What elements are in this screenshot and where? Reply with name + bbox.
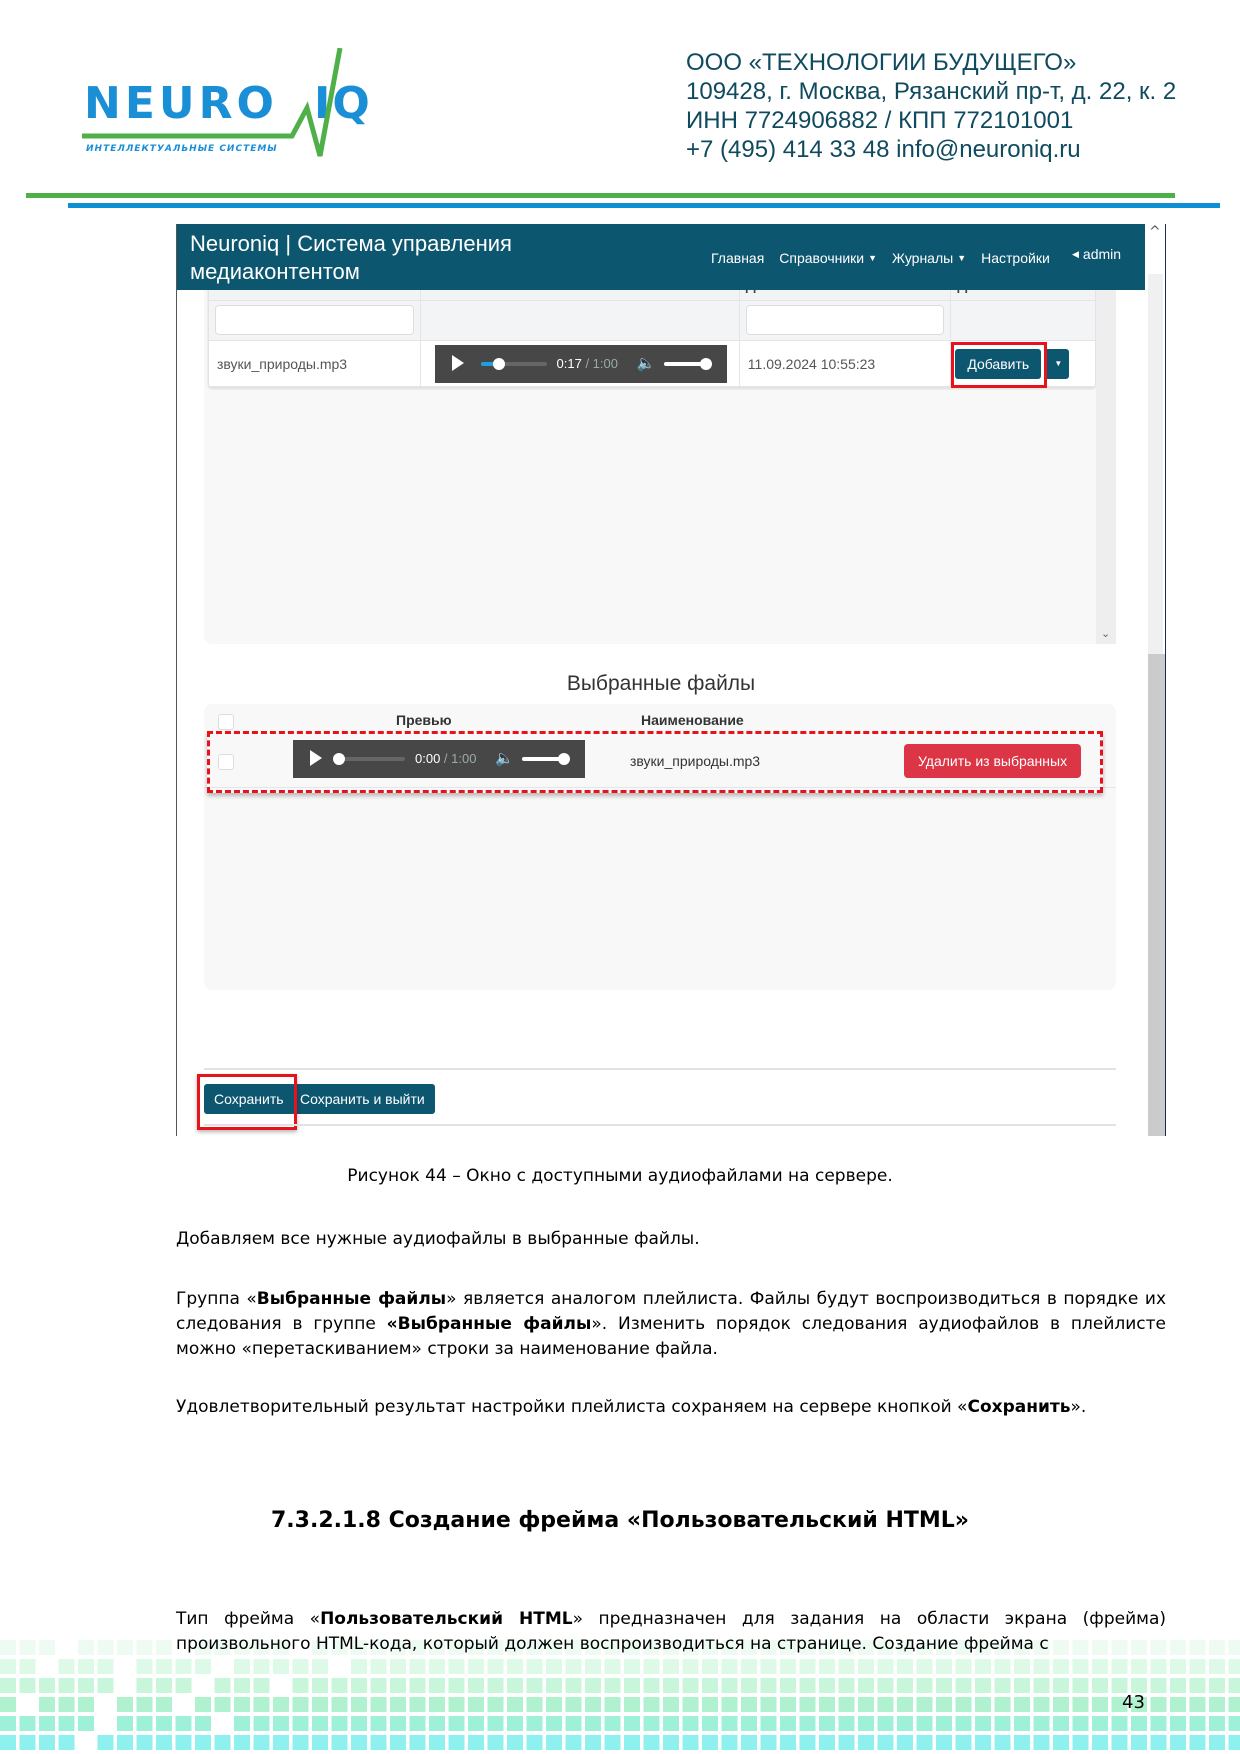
- add-dropdown-toggle[interactable]: ▼: [1047, 349, 1069, 379]
- company-details: ООО «ТЕХНОЛОГИИ БУДУЩЕГО» 109428, г. Мос…: [686, 48, 1176, 164]
- file-name: звуки_природы.mp3: [217, 356, 347, 372]
- user-menu[interactable]: ◀admin: [1072, 246, 1121, 262]
- nav-menu: Главная Справочники▼ Журналы▼ Настройки: [711, 250, 1050, 266]
- paragraph: Группа «Выбранные файлы» является аналог…: [176, 1287, 1166, 1362]
- svg-text:IQ: IQ: [314, 78, 372, 129]
- audio-player: 0:17 / 1:00 🔈: [435, 345, 727, 383]
- paragraph: Тип фрейма «Пользовательский HTML» предн…: [176, 1607, 1166, 1657]
- nav-item-settings[interactable]: Настройки: [981, 250, 1050, 266]
- name-filter-input[interactable]: [215, 305, 414, 335]
- header-divider-blue: [68, 203, 1220, 208]
- nav-item-home[interactable]: Главная: [711, 250, 764, 266]
- selected-files-panel: Превью Наименование 0:00 / 1:00 🔈 звуки_…: [204, 704, 1116, 990]
- seek-slider[interactable]: [481, 362, 547, 366]
- company-name: ООО «ТЕХНОЛОГИИ БУДУЩЕГО»: [686, 48, 1176, 77]
- selected-files-title: Выбранные файлы: [177, 672, 1145, 696]
- divider: [204, 1124, 1116, 1126]
- app-brand[interactable]: Neuroniq | Система управления медиаконте…: [190, 230, 512, 286]
- select-all-checkbox[interactable]: [218, 714, 234, 730]
- highlight-frame-dashed: [207, 731, 1103, 793]
- table-row: звуки_природы.mp3 0:17 / 1:00 🔈 11.09.20…: [209, 341, 1095, 387]
- app-screenshot: Наименование▼ Файл Дата▼ Действие звуки_…: [176, 224, 1166, 1136]
- company-logo: NEURO IQ ИНТЕЛЛЕКТУАЛЬНЫЕ СИСТЕМЫ: [82, 48, 402, 158]
- caret-down-icon: ▼: [1054, 359, 1062, 368]
- svg-text:NEURO: NEURO: [84, 78, 278, 129]
- column-header-name: Наименование: [641, 712, 744, 728]
- caret-down-icon: ▼: [957, 253, 966, 263]
- date-filter-input[interactable]: [746, 305, 945, 335]
- column-header-preview: Превью: [396, 712, 452, 728]
- svg-text:ИНТЕЛЛЕКТУАЛЬНЫЕ СИСТЕМЫ: ИНТЕЛЛЕКТУАЛЬНЫЕ СИСТЕМЫ: [86, 144, 278, 154]
- header-divider-green: [26, 193, 1175, 198]
- filter-row: [209, 301, 1095, 341]
- company-address: 109428, г. Москва, Рязанский пр-т, д. 22…: [686, 77, 1176, 106]
- paragraph: Добавляем все нужные аудиофайлы в выбран…: [176, 1227, 1166, 1252]
- highlight-frame: [951, 342, 1047, 388]
- file-date: 11.09.2024 10:55:23: [748, 356, 875, 372]
- caret-down-icon: ▼: [868, 253, 877, 263]
- panel-scrollbar[interactable]: ⌄: [1096, 264, 1116, 644]
- volume-slider[interactable]: [664, 362, 706, 366]
- neuroniq-logo-icon: NEURO IQ ИНТЕЛЛЕКТУАЛЬНЫЕ СИСТЕМЫ: [82, 48, 402, 158]
- company-contacts: +7 (495) 414 33 48 info@neuroniq.ru: [686, 135, 1176, 164]
- divider: [204, 1068, 1116, 1070]
- paragraph: Удовлетворительный результат настройки п…: [176, 1395, 1166, 1420]
- section-heading: 7.3.2.1.8 Создание фрейма «Пользовательс…: [0, 1508, 1240, 1533]
- page-number: 43: [1122, 1692, 1145, 1713]
- app-navbar: Neuroniq | Система управления медиаконте…: [177, 224, 1145, 290]
- save-and-exit-button[interactable]: Сохранить и выйти: [290, 1084, 435, 1114]
- scrollbar-thumb[interactable]: [1148, 654, 1165, 1136]
- highlight-frame: [197, 1074, 297, 1130]
- caret-left-icon: ◀: [1072, 249, 1079, 259]
- available-files-panel: Наименование▼ Файл Дата▼ Действие звуки_…: [204, 264, 1116, 644]
- nav-item-references[interactable]: Справочники▼: [779, 250, 877, 266]
- company-tax-ids: ИНН 7724906882 / КПП 772101001: [686, 106, 1176, 135]
- chevron-down-icon[interactable]: ⌄: [1101, 627, 1110, 640]
- volume-icon[interactable]: 🔈: [637, 354, 656, 372]
- chevron-up-icon[interactable]: ^: [1149, 224, 1161, 240]
- figure-caption: Рисунок 44 – Окно с доступными аудиофайл…: [0, 1166, 1240, 1186]
- time-readout: 0:17 / 1:00: [557, 356, 618, 371]
- footer-decorative-pattern: [0, 1640, 1240, 1754]
- page-scrollbar[interactable]: ^: [1145, 224, 1165, 1136]
- nav-item-journals[interactable]: Журналы▼: [892, 250, 966, 266]
- play-icon[interactable]: [452, 355, 464, 371]
